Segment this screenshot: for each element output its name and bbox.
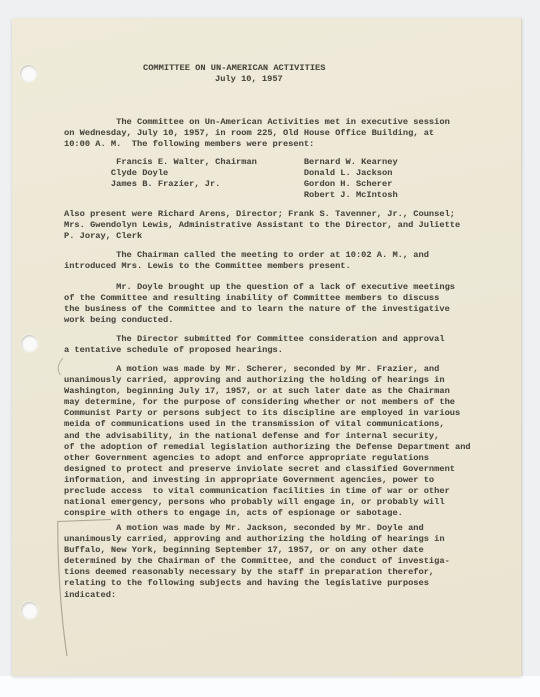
- members-list: Francis E. Walter, Chairman Bernard W. K…: [64, 157, 398, 201]
- paragraph-scherer-motion: A motion was made by Mr. Scherer, second…: [64, 364, 471, 519]
- doc-date: July 10, 1957: [215, 74, 283, 85]
- punch-hole-bottom: [21, 602, 38, 619]
- paragraph-director-schedule: The Director submitted for Committee con…: [64, 334, 445, 356]
- paragraph-jackson-motion: A motion was made by Mr. Jackson, second…: [64, 523, 450, 601]
- scanner-backing-strip: [0, 676, 540, 697]
- punch-hole-middle: [21, 335, 38, 352]
- paragraph-intro: The Committee on Un-American Activities …: [64, 117, 450, 150]
- paragraph-doyle-remarks: Mr. Doyle brought up the question of a l…: [64, 282, 455, 326]
- pencil-check-mark: [58, 358, 63, 375]
- paragraph-call-to-order: The Chairman called the meeting to order…: [64, 250, 429, 272]
- paragraph-also-present: Also present were Richard Arens, Directo…: [64, 209, 460, 242]
- document-page: COMMITTEE ON UN-AMERICAN ACTIVITIES July…: [12, 18, 522, 676]
- punch-hole-top: [20, 65, 37, 82]
- doc-title: COMMITTEE ON UN-AMERICAN ACTIVITIES: [143, 63, 325, 74]
